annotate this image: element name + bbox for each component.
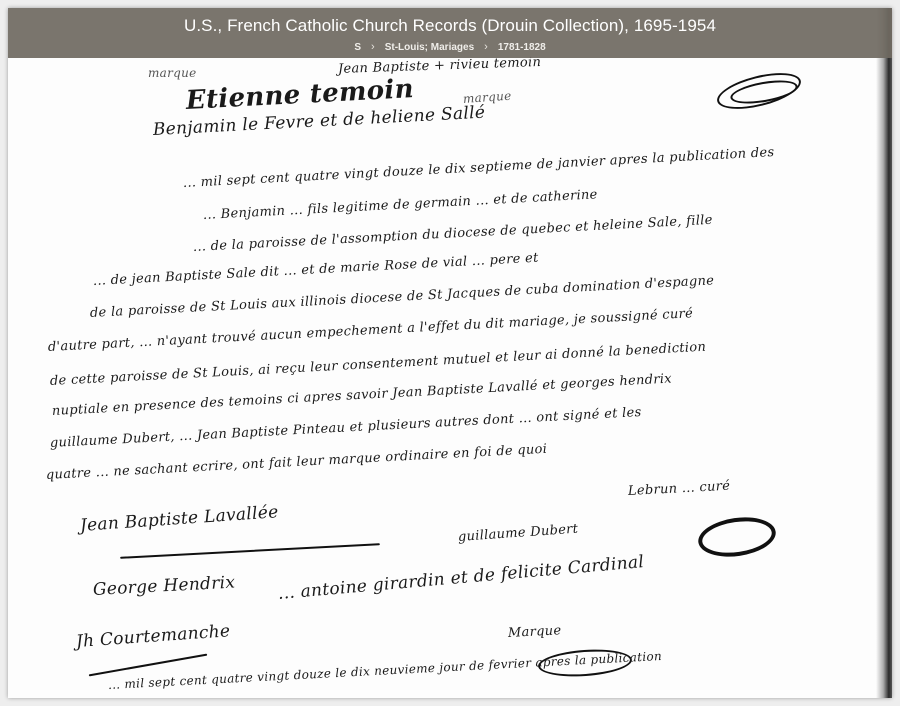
handwriting-line: ... mil sept cent quatre vingt douze le … bbox=[183, 145, 775, 191]
signature: Jean Baptiste Lavallée bbox=[79, 502, 279, 536]
signature: George Hendrix bbox=[92, 573, 235, 600]
breadcrumb-item-st-louis-mariages[interactable]: St-Louis; Mariages bbox=[385, 42, 474, 53]
collection-title: U.S., French Catholic Church Records (Dr… bbox=[8, 8, 892, 34]
handwriting-line: Marque bbox=[508, 623, 562, 641]
handwriting-line: ... antoine girardin et de felicite Card… bbox=[277, 552, 645, 604]
signature: Jh Courtemanche bbox=[75, 621, 231, 652]
signature-flourish bbox=[696, 513, 779, 561]
record-header: U.S., French Catholic Church Records (Dr… bbox=[8, 8, 892, 58]
breadcrumb: S › St-Louis; Mariages › 1781-1828 bbox=[8, 41, 892, 53]
handwriting-line: Lebrun ... curé bbox=[628, 479, 731, 499]
chevron-right-icon: › bbox=[371, 41, 375, 53]
handwriting-line: ... de jean Baptiste Sale dit ... et de … bbox=[93, 251, 539, 289]
handwriting-line: marque bbox=[148, 66, 197, 80]
chevron-right-icon: › bbox=[484, 41, 488, 53]
signature-underline bbox=[120, 543, 380, 559]
document-scan[interactable]: marque Jean Baptiste + rivieu temoin Eti… bbox=[8, 8, 892, 698]
scan-page-edge bbox=[876, 8, 892, 698]
handwriting-line: ... Benjamin ... fils legitime de germai… bbox=[203, 187, 598, 223]
breadcrumb-item-1781-1828[interactable]: 1781-1828 bbox=[498, 42, 546, 53]
handwriting-line: Jean Baptiste + rivieu temoin bbox=[338, 55, 542, 77]
breadcrumb-item-s[interactable]: S bbox=[354, 42, 361, 53]
handwriting-line: quatre ... ne sachant ecrire, ont fait l… bbox=[46, 442, 548, 483]
signature: guillaume Dubert bbox=[457, 522, 578, 545]
image-viewer[interactable]: marque Jean Baptiste + rivieu temoin Eti… bbox=[8, 8, 892, 698]
